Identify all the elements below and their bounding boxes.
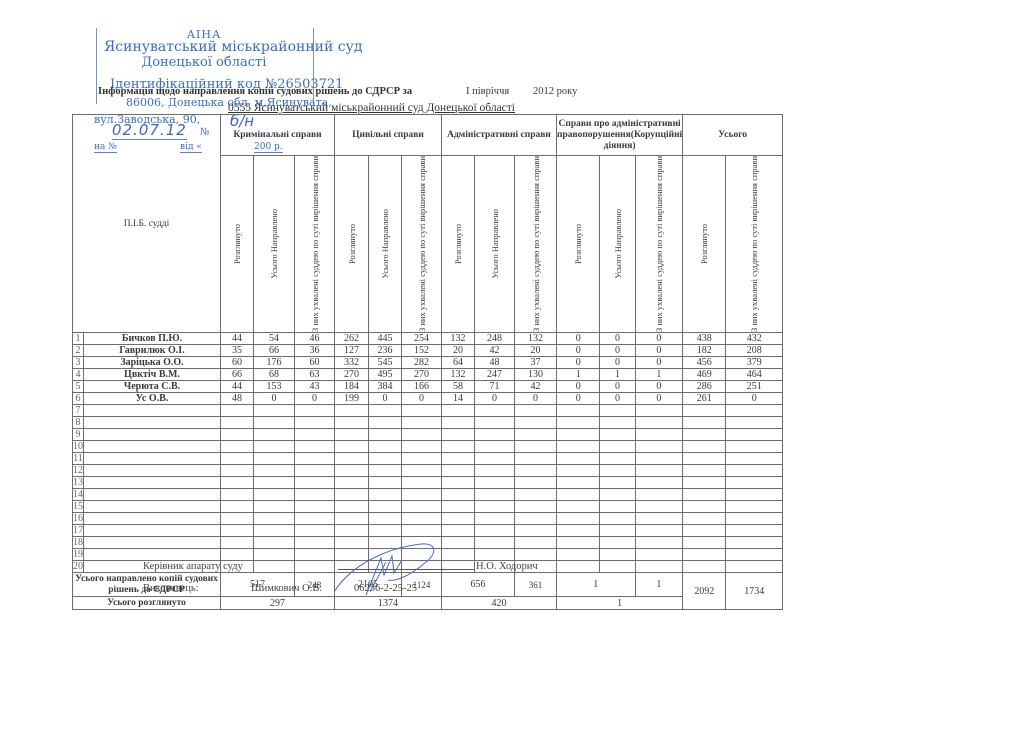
col-header-admin-2: З них ухвалені суддею по суті вирішення …	[515, 156, 557, 333]
data-cell	[402, 453, 442, 465]
data-cell	[254, 489, 295, 501]
grand-total-considered: 2092	[683, 573, 726, 610]
data-cell	[683, 429, 726, 441]
executor-phone: 06236-2-25-25	[354, 583, 417, 594]
data-cell	[515, 417, 557, 429]
data-cell	[369, 513, 402, 525]
row-number: 20	[73, 561, 84, 573]
data-cell: 46	[295, 333, 335, 345]
data-cell	[515, 513, 557, 525]
table-row: 2Гаврилюк О.І.35663612723615220422000018…	[73, 345, 783, 357]
data-cell	[442, 465, 475, 477]
data-cell	[369, 501, 402, 513]
col-header-admin-0: Розглянуто	[442, 156, 475, 333]
data-cell	[683, 453, 726, 465]
col-header-label: Усього Направлено	[490, 209, 500, 279]
data-cell	[726, 525, 783, 537]
data-cell: 35	[221, 345, 254, 357]
data-cell	[515, 549, 557, 561]
data-cell	[295, 489, 335, 501]
data-cell: 44	[221, 333, 254, 345]
data-cell	[557, 477, 600, 489]
data-cell	[600, 453, 635, 465]
head-of-staff-name: Н.О. Ходорич	[476, 561, 538, 572]
group-header-criminal: Кримінальні справи	[221, 115, 335, 156]
table-row: 13	[73, 477, 783, 489]
data-cell	[442, 489, 475, 501]
report-period: I півріччя	[466, 86, 509, 97]
data-cell	[442, 477, 475, 489]
data-cell: 42	[475, 345, 515, 357]
col-header-label: З них ухвалені суддею по суті вирішення …	[310, 156, 320, 332]
data-cell	[254, 453, 295, 465]
data-cell: 60	[221, 357, 254, 369]
row-number: 1	[73, 333, 84, 345]
data-cell	[221, 429, 254, 441]
judge-name	[84, 477, 221, 489]
data-cell	[600, 441, 635, 453]
data-cell	[600, 405, 635, 417]
data-cell	[295, 453, 335, 465]
data-cell	[683, 549, 726, 561]
document-title: Інформація щодо направлення копій судови…	[98, 86, 412, 97]
judge-name	[84, 429, 221, 441]
data-cell	[635, 537, 683, 549]
considered-violations: 1	[557, 597, 683, 610]
group-header-admin: Адміністративні справи	[442, 115, 557, 156]
data-cell	[600, 465, 635, 477]
data-cell	[335, 501, 369, 513]
judge-name	[84, 489, 221, 501]
data-cell: 153	[254, 381, 295, 393]
data-cell	[254, 429, 295, 441]
data-cell	[254, 549, 295, 561]
data-cell	[442, 513, 475, 525]
judge-name: Черюта С.В.	[84, 381, 221, 393]
data-cell	[475, 525, 515, 537]
data-cell: 58	[442, 381, 475, 393]
row-number: 4	[73, 369, 84, 381]
data-cell	[557, 537, 600, 549]
data-cell: 54	[254, 333, 295, 345]
data-cell: 0	[600, 381, 635, 393]
data-cell: 130	[515, 369, 557, 381]
data-cell: 1	[557, 369, 600, 381]
head-of-staff-label: Керівник апарату суду	[143, 561, 243, 572]
judge-name	[84, 465, 221, 477]
data-cell	[369, 429, 402, 441]
data-cell: 332	[335, 357, 369, 369]
row-number: 5	[73, 381, 84, 393]
data-cell	[295, 417, 335, 429]
data-cell: 48	[475, 357, 515, 369]
data-cell: 42	[515, 381, 557, 393]
data-cell	[635, 489, 683, 501]
data-cell	[683, 441, 726, 453]
data-cell	[600, 513, 635, 525]
data-cell	[475, 513, 515, 525]
data-cell	[221, 537, 254, 549]
data-cell: 132	[442, 333, 475, 345]
data-cell	[557, 525, 600, 537]
data-cell	[442, 537, 475, 549]
data-cell	[683, 561, 726, 573]
row-number: 3	[73, 357, 84, 369]
data-cell	[221, 501, 254, 513]
data-cell: 199	[335, 393, 369, 405]
data-cell: 0	[600, 333, 635, 345]
row-number: 6	[73, 393, 84, 405]
data-cell	[295, 465, 335, 477]
data-cell: 48	[221, 393, 254, 405]
col-header-label: Розглянуто	[699, 224, 709, 264]
data-cell	[369, 465, 402, 477]
data-cell	[442, 525, 475, 537]
data-cell: 0	[635, 357, 683, 369]
data-cell: 0	[557, 393, 600, 405]
data-cell: 0	[402, 393, 442, 405]
data-cell: 0	[600, 393, 635, 405]
data-cell: 37	[515, 357, 557, 369]
col-header-label: З них ухвалені суддею по суті вирішення …	[417, 156, 427, 332]
data-cell	[635, 501, 683, 513]
data-cell	[726, 417, 783, 429]
judge-name: Ус О.В.	[84, 393, 221, 405]
data-cell	[635, 477, 683, 489]
data-cell	[221, 417, 254, 429]
data-cell	[515, 453, 557, 465]
col-header-label: З них ухвалені суддею по суті вирішення …	[654, 156, 664, 332]
data-cell	[475, 477, 515, 489]
data-cell: 438	[683, 333, 726, 345]
data-cell	[726, 501, 783, 513]
data-cell	[254, 477, 295, 489]
row-number: 17	[73, 525, 84, 537]
col-header-criminal-2: З них ухвалені суддею по суті вирішення …	[295, 156, 335, 333]
data-cell: 0	[369, 393, 402, 405]
data-cell	[221, 441, 254, 453]
data-cell	[402, 441, 442, 453]
row-number: 18	[73, 537, 84, 549]
data-cell: 464	[726, 369, 783, 381]
data-cell	[515, 441, 557, 453]
data-cell	[442, 441, 475, 453]
judge-name: Заріцька О.О.	[84, 357, 221, 369]
data-cell: 545	[369, 357, 402, 369]
name-header: П.І.Б. судді	[124, 219, 170, 229]
table-row: 5Черюта С.В.4415343184384166587142000286…	[73, 381, 783, 393]
data-cell	[221, 525, 254, 537]
table-row: 10	[73, 441, 783, 453]
data-cell	[442, 405, 475, 417]
data-cell	[600, 417, 635, 429]
data-cell: 0	[635, 393, 683, 405]
data-cell	[600, 429, 635, 441]
data-cell	[515, 501, 557, 513]
data-cell	[683, 501, 726, 513]
total-admin-sent: 656	[442, 573, 515, 597]
data-cell: 182	[683, 345, 726, 357]
data-cell	[515, 477, 557, 489]
data-cell: 60	[295, 357, 335, 369]
row-number: 10	[73, 441, 84, 453]
data-cell	[335, 429, 369, 441]
data-cell	[515, 429, 557, 441]
data-cell	[635, 561, 683, 573]
data-cell: 68	[254, 369, 295, 381]
data-cell: 14	[442, 393, 475, 405]
data-cell	[635, 405, 683, 417]
row-number: 19	[73, 549, 84, 561]
judge-name	[84, 501, 221, 513]
data-cell: 384	[369, 381, 402, 393]
data-cell: 456	[683, 357, 726, 369]
group-header-civil: Цивільні справи	[335, 115, 442, 156]
table-row: 1Бичков П.Ю.4454462624452541322481320004…	[73, 333, 783, 345]
data-cell	[635, 465, 683, 477]
table-row: 12	[73, 465, 783, 477]
data-cell	[295, 477, 335, 489]
data-cell: 0	[557, 345, 600, 357]
group-header-violations: Справи про адміністративні правопорушенн…	[557, 115, 683, 156]
data-cell	[557, 453, 600, 465]
table-row: 4Цвктіч В.М.6668632704952701322471301114…	[73, 369, 783, 381]
data-cell	[557, 429, 600, 441]
data-cell	[683, 465, 726, 477]
data-cell: 20	[515, 345, 557, 357]
court-name-line: 0555 Ясинуватський міськрайонний суд Дон…	[228, 102, 515, 114]
total-violations-sent: 1	[557, 573, 636, 597]
data-cell: 1	[600, 369, 635, 381]
data-cell	[515, 489, 557, 501]
data-cell	[726, 513, 783, 525]
col-header-label: Усього Направлено	[269, 209, 279, 279]
table-row: 6Ус О.В.48001990014000002610	[73, 393, 783, 405]
data-cell	[726, 537, 783, 549]
data-cell: 0	[295, 393, 335, 405]
data-cell	[683, 525, 726, 537]
judge-name	[84, 453, 221, 465]
data-cell	[442, 561, 475, 573]
data-cell	[600, 549, 635, 561]
data-cell: 71	[475, 381, 515, 393]
data-cell	[442, 501, 475, 513]
total-admin-by-judge: 361	[515, 573, 557, 597]
data-cell	[726, 405, 783, 417]
col-header-violations-1: Усього Направлено	[600, 156, 635, 333]
data-cell	[683, 477, 726, 489]
data-cell	[600, 537, 635, 549]
data-cell	[335, 477, 369, 489]
data-cell	[369, 453, 402, 465]
table-row: 11	[73, 453, 783, 465]
data-cell	[475, 441, 515, 453]
col-header-label: Усього Направлено	[380, 209, 390, 279]
data-cell	[402, 513, 442, 525]
report-table: П.І.Б. судді Кримінальні справи Цивільні…	[72, 114, 783, 610]
data-cell: 0	[600, 345, 635, 357]
executor-label: Виконавець:	[143, 583, 199, 594]
stamp-court-name: Ясинуватський міськрайонний суд	[104, 39, 362, 55]
data-cell	[635, 525, 683, 537]
data-cell	[442, 453, 475, 465]
data-cell	[726, 561, 783, 573]
data-cell	[475, 429, 515, 441]
data-cell	[683, 417, 726, 429]
data-cell: 286	[683, 381, 726, 393]
data-cell	[600, 477, 635, 489]
data-cell: 184	[335, 381, 369, 393]
data-cell	[557, 465, 600, 477]
data-cell: 66	[254, 345, 295, 357]
data-cell	[557, 561, 600, 573]
row-number: 2	[73, 345, 84, 357]
data-cell	[254, 513, 295, 525]
data-cell	[254, 561, 295, 573]
data-cell	[726, 441, 783, 453]
grand-total-by-judge: 1734	[726, 573, 783, 610]
data-cell	[726, 477, 783, 489]
data-cell	[402, 489, 442, 501]
data-cell: 132	[515, 333, 557, 345]
data-cell: 262	[335, 333, 369, 345]
data-cell: 247	[475, 369, 515, 381]
data-cell	[515, 405, 557, 417]
data-cell	[254, 441, 295, 453]
col-header-label: Розглянуто	[453, 224, 463, 264]
data-cell	[600, 501, 635, 513]
data-cell: 64	[442, 357, 475, 369]
name-header-cell: П.І.Б. судді	[73, 115, 221, 333]
data-cell	[221, 549, 254, 561]
data-cell	[221, 513, 254, 525]
data-cell	[683, 405, 726, 417]
col-header-total-1: З них ухвалені суддею по суті вирішення …	[726, 156, 783, 333]
row-number: 8	[73, 417, 84, 429]
total-considered-label: Усього розглянуто	[73, 597, 221, 610]
data-cell: 166	[402, 381, 442, 393]
judge-name	[84, 417, 221, 429]
data-cell	[402, 525, 442, 537]
data-cell: 132	[442, 369, 475, 381]
data-cell	[402, 429, 442, 441]
data-cell	[515, 525, 557, 537]
data-cell	[600, 489, 635, 501]
data-cell: 254	[402, 333, 442, 345]
data-cell: 379	[726, 357, 783, 369]
data-cell	[221, 465, 254, 477]
data-cell	[635, 417, 683, 429]
data-cell: 469	[683, 369, 726, 381]
data-cell: 236	[369, 345, 402, 357]
data-cell: 0	[557, 381, 600, 393]
data-cell	[254, 525, 295, 537]
data-cell	[683, 513, 726, 525]
data-cell	[635, 513, 683, 525]
col-header-total-0: Розглянуто	[683, 156, 726, 333]
data-cell	[402, 465, 442, 477]
data-cell	[295, 405, 335, 417]
data-cell: 208	[726, 345, 783, 357]
data-cell: 43	[295, 381, 335, 393]
data-cell	[557, 501, 600, 513]
data-cell	[726, 489, 783, 501]
col-header-label: Розглянуто	[232, 224, 242, 264]
row-number: 7	[73, 405, 84, 417]
col-header-label: З них ухвалені суддею по суті вирішення …	[531, 156, 541, 332]
data-cell	[475, 453, 515, 465]
data-cell	[557, 513, 600, 525]
data-cell	[402, 405, 442, 417]
table-row: 3Заріцька О.О.60176603325452826448370004…	[73, 357, 783, 369]
data-cell: 152	[402, 345, 442, 357]
data-cell	[557, 441, 600, 453]
data-cell	[515, 465, 557, 477]
data-cell	[295, 441, 335, 453]
data-cell	[600, 525, 635, 537]
row-number: 13	[73, 477, 84, 489]
data-cell: 0	[635, 381, 683, 393]
col-header-violations-0: Розглянуто	[557, 156, 600, 333]
table-row: 14	[73, 489, 783, 501]
data-cell	[295, 513, 335, 525]
data-cell: 127	[335, 345, 369, 357]
considered-admin: 420	[442, 597, 557, 610]
data-cell: 432	[726, 333, 783, 345]
data-cell	[726, 465, 783, 477]
data-cell	[221, 489, 254, 501]
data-cell	[254, 501, 295, 513]
data-cell	[369, 441, 402, 453]
data-cell: 261	[683, 393, 726, 405]
data-cell	[335, 513, 369, 525]
data-cell	[402, 501, 442, 513]
judge-name	[84, 549, 221, 561]
col-header-civil-1: Усього Направлено	[369, 156, 402, 333]
data-cell	[295, 525, 335, 537]
data-cell: 270	[402, 369, 442, 381]
report-year: 2012 року	[533, 86, 577, 97]
data-cell	[635, 549, 683, 561]
data-cell	[369, 489, 402, 501]
data-cell: 251	[726, 381, 783, 393]
data-cell	[683, 537, 726, 549]
data-cell	[442, 429, 475, 441]
col-header-label: Розглянуто	[347, 224, 357, 264]
data-cell	[475, 465, 515, 477]
row-number: 12	[73, 465, 84, 477]
data-cell: 176	[254, 357, 295, 369]
data-cell: 270	[335, 369, 369, 381]
data-cell	[442, 549, 475, 561]
data-cell	[475, 489, 515, 501]
data-cell	[335, 417, 369, 429]
data-cell	[335, 489, 369, 501]
col-header-label: Усього Направлено	[613, 209, 623, 279]
judge-name	[84, 441, 221, 453]
data-cell	[635, 441, 683, 453]
data-cell	[221, 477, 254, 489]
data-cell: 0	[600, 357, 635, 369]
data-cell: 66	[221, 369, 254, 381]
data-cell	[369, 477, 402, 489]
data-cell	[295, 429, 335, 441]
data-cell	[335, 441, 369, 453]
data-cell: 0	[726, 393, 783, 405]
data-cell	[726, 453, 783, 465]
data-cell	[254, 537, 295, 549]
judge-name	[84, 405, 221, 417]
